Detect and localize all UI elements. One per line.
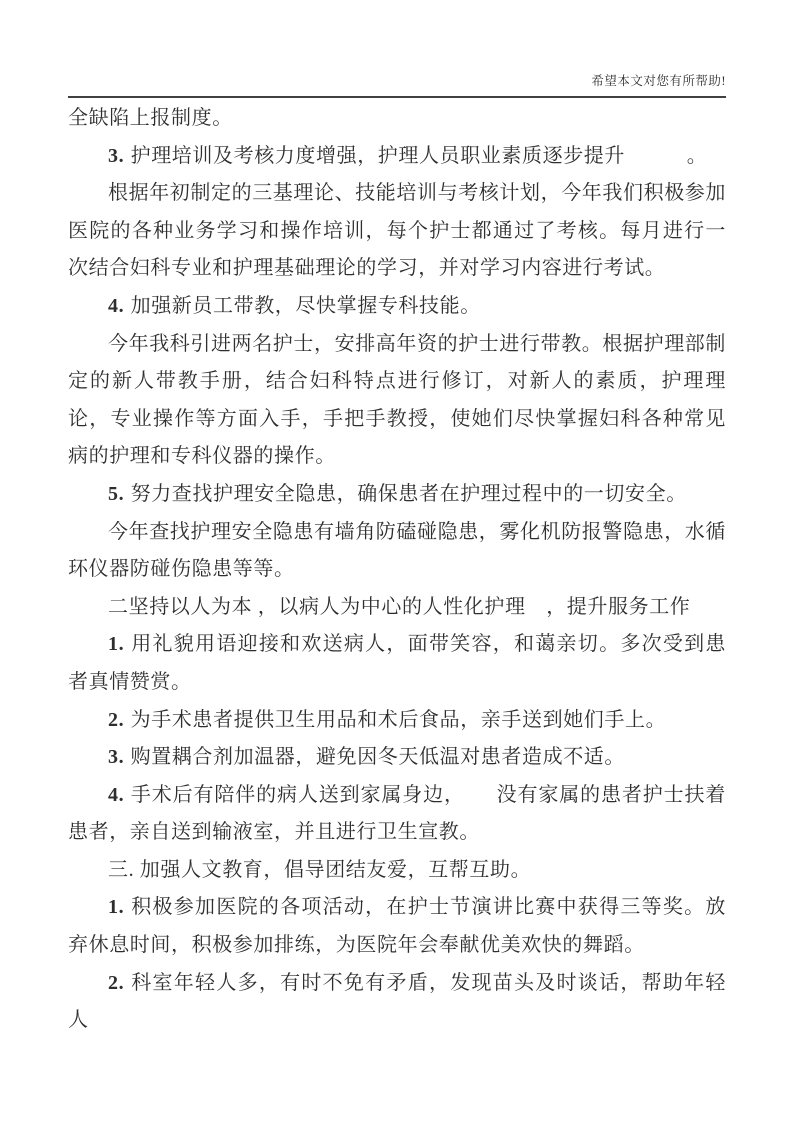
- list-number: 3.: [108, 746, 124, 768]
- paragraph-text: 努力查找护理安全隐患，确保患者在护理过程中的一切安全。: [131, 483, 687, 505]
- document-body: 全缺陷上报制度。 3.护理培训及考核力度增强，护理人员职业素质逐步提升 。 根据…: [68, 100, 726, 1040]
- paragraph-text: 加强新员工带教，尽快掌握专科技能。: [131, 295, 481, 317]
- paragraph-text: 今年我科引进两名护士，安排高年资的护士进行带教。根据护理部制定的新人带教手册，结…: [68, 333, 726, 468]
- header-note: 希望本文对您有所帮助!: [68, 74, 726, 89]
- list-number: 3.: [108, 145, 124, 167]
- paragraph-item-4b: 4.手术后有陪伴的病人送到家属身边， 没有家属的患者护士扶着患者，亲自送到输液室…: [68, 777, 726, 852]
- paragraph-item-1: 1.用礼貌用语迎接和欢送病人，面带笑容，和蔼亲切。多次受到患者真情赞赏。: [68, 626, 726, 701]
- paragraph-section-2: 二坚持以人为本 ，以病人为中心的人性化护理 ，提升服务工作: [68, 589, 726, 627]
- paragraph-text: 二坚持以人为本 ，以病人为中心的人性化护理 ，提升服务工作: [108, 596, 690, 618]
- paragraph-item-1b: 1.积极参加医院的各项活动，在护士节演讲比赛中获得三等奖。放弃休息时间，积极参加…: [68, 889, 726, 964]
- paragraph-text: 科室年轻人多，有时不免有矛盾，发现苗头及时谈话，帮助年轻人: [68, 972, 726, 1032]
- document-page: 希望本文对您有所帮助! 全缺陷上报制度。 3.护理培训及考核力度增强，护理人员职…: [0, 0, 792, 1122]
- list-number: 4.: [108, 784, 124, 806]
- paragraph-text: 积极参加医院的各项活动，在护士节演讲比赛中获得三等奖。放弃休息时间，积极参加排练…: [68, 896, 726, 956]
- paragraph-item-5: 5.努力查找护理安全隐患，确保患者在护理过程中的一切安全。: [68, 476, 726, 514]
- list-number: 2.: [108, 709, 124, 731]
- paragraph-text: 购置耦合剂加温器，避免因冬天低温对患者造成不适。: [131, 746, 625, 768]
- header-divider: [68, 96, 726, 98]
- paragraph-text: 用礼貌用语迎接和欢送病人，面带笑容，和蔼亲切。多次受到患者真情赞赏。: [68, 633, 726, 693]
- paragraph-item-3b: 3.购置耦合剂加温器，避免因冬天低温对患者造成不适。: [68, 739, 726, 777]
- paragraph-text: 护理培训及考核力度增强，护理人员职业素质逐步提升 。: [131, 145, 708, 167]
- paragraph-text: 根据年初制定的三基理论、技能培训与考核计划，今年我们积极参加医院的各种业务学习和…: [68, 182, 726, 279]
- paragraph-continuation: 全缺陷上报制度。: [68, 100, 726, 138]
- page-header: 希望本文对您有所帮助!: [68, 0, 726, 98]
- paragraph-body: 今年我科引进两名护士，安排高年资的护士进行带教。根据护理部制定的新人带教手册，结…: [68, 326, 726, 476]
- list-number: 5.: [108, 483, 124, 505]
- paragraph-text: 为手术患者提供卫生用品和术后食品，亲手送到她们手上。: [131, 709, 667, 731]
- paragraph-item-2b: 2.科室年轻人多，有时不免有矛盾，发现苗头及时谈话，帮助年轻人: [68, 965, 726, 1040]
- paragraph-body: 今年查找护理安全隐患有墙角防磕碰隐患，雾化机防报警隐患，水循环仪器防碰伤隐患等等…: [68, 514, 726, 589]
- paragraph-text: 手术后有陪伴的病人送到家属身边， 没有家属的患者护士扶着患者，亲自送到输液室，并…: [68, 784, 726, 844]
- paragraph-text: 三. 加强人文教育，倡导团结友爱，互帮互助。: [108, 859, 531, 881]
- list-number: 4.: [108, 295, 124, 317]
- paragraph-text: 今年查找护理安全隐患有墙角防磕碰隐患，雾化机防报警隐患，水循环仪器防碰伤隐患等等…: [68, 521, 726, 581]
- paragraph-item-2: 2.为手术患者提供卫生用品和术后食品，亲手送到她们手上。: [68, 702, 726, 740]
- paragraph-body: 根据年初制定的三基理论、技能培训与考核计划，今年我们积极参加医院的各种业务学习和…: [68, 175, 726, 288]
- list-number: 2.: [108, 972, 124, 994]
- paragraph-item-3: 3.护理培训及考核力度增强，护理人员职业素质逐步提升 。: [68, 138, 726, 176]
- paragraph-item-4: 4.加强新员工带教，尽快掌握专科技能。: [68, 288, 726, 326]
- list-number: 1.: [108, 896, 124, 918]
- paragraph-text: 全缺陷上报制度。: [68, 107, 233, 129]
- list-number: 1.: [108, 633, 124, 655]
- paragraph-section-3: 三. 加强人文教育，倡导团结友爱，互帮互助。: [68, 852, 726, 890]
